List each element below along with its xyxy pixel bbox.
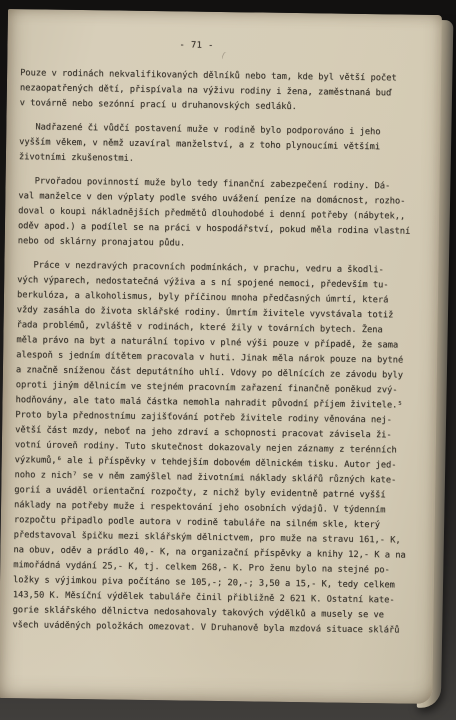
scanned-book-photo: - 71 - Pouze v rodinách nekvalifikovanýc… xyxy=(0,0,456,720)
ink-smudge xyxy=(221,51,230,61)
book-page: - 71 - Pouze v rodinách nekvalifikovanýc… xyxy=(0,9,442,704)
book-page-assembly: - 71 - Pouze v rodinách nekvalifikovanýc… xyxy=(0,9,442,704)
text-block: Pouze v rodinách nekvalifikovaných dělní… xyxy=(12,66,420,639)
paragraph: Práce v nezdravých pracovních podmínkách… xyxy=(12,258,417,639)
paragraph: Prvořadou povinností muže bylo tedy fina… xyxy=(18,174,419,255)
page-number: - 71 - xyxy=(179,39,420,54)
paragraph: Pouze v rodinách nekvalifikovaných dělní… xyxy=(20,66,421,117)
paragraph: Nadřazené či vůdčí postavení muže v rodi… xyxy=(19,120,420,171)
